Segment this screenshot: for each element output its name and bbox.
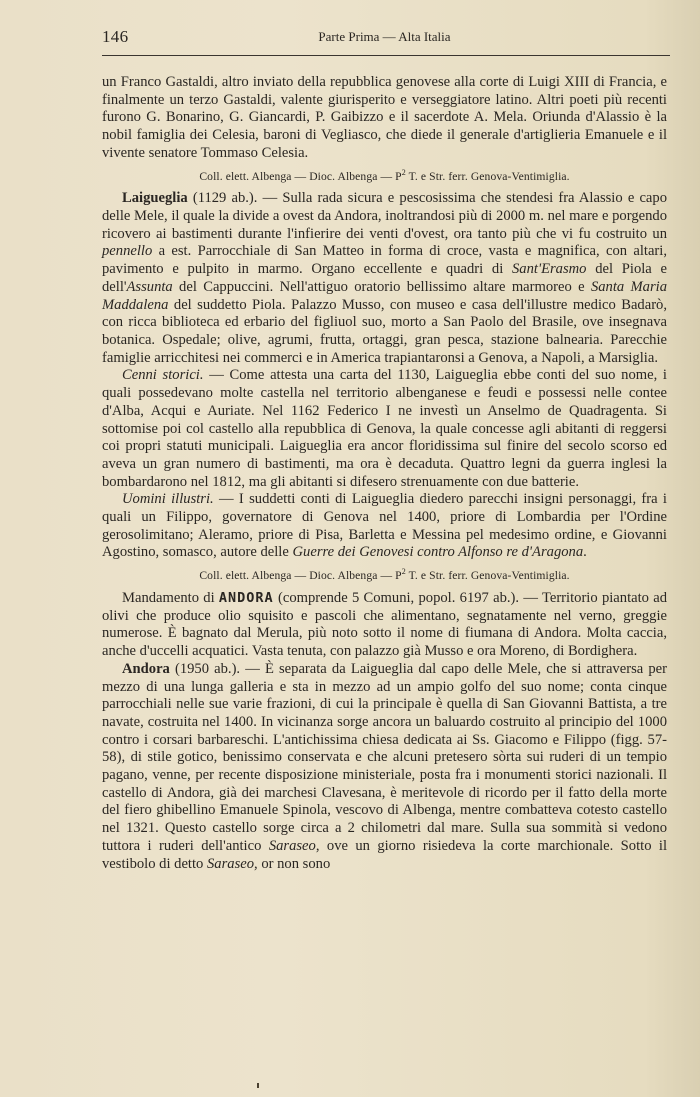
administrative-note: Coll. elett. Albenga — Dioc. Albenga — P… <box>102 565 667 583</box>
running-head: 146 Parte Prima — Alta Italia <box>102 24 667 46</box>
note-text: Coll. elett. Albenga — Dioc. Albenga — P <box>199 569 401 582</box>
print-speck <box>257 1083 259 1088</box>
paragraph-cenni-storici: Cenni storici. — Come attesta una carta … <box>102 367 667 491</box>
paragraph-mandamento-andora: Mandamento di ANDORA (comprende 5 Comuni… <box>102 590 667 661</box>
section-label-cenni-storici: Cenni storici. <box>122 367 204 383</box>
administrative-note: Coll. elett. Albenga — Dioc. Albenga — P… <box>102 166 667 184</box>
book-page: 146 Parte Prima — Alta Italia un Franco … <box>102 24 667 46</box>
paragraph-andora: Andora (1950 ab.). — È separata da Laigu… <box>102 661 667 873</box>
header-rule <box>102 55 670 56</box>
entry-heading-andora-district: ANDORA <box>219 590 274 606</box>
italic-term: Saraseo <box>269 838 316 854</box>
note-text: Coll. elett. Albenga — Dioc. Albenga — P <box>199 169 401 182</box>
text: (1129 ab.). — Sulla rada sicura e pescos… <box>102 190 667 241</box>
italic-term: Saraseo <box>207 856 254 872</box>
entry-heading-laigueglia: Laigueglia <box>122 190 188 206</box>
note-text: T. e Str. ferr. Genova-Ventimiglia. <box>406 169 570 182</box>
italic-term: pennello <box>102 243 152 259</box>
page-body: un Franco Gastaldi, altro inviato della … <box>102 74 667 873</box>
note-text: T. e Str. ferr. Genova-Ventimiglia. <box>406 569 570 582</box>
text: Mandamento di <box>122 590 219 606</box>
text: , or non sono <box>254 856 330 872</box>
italic-term: Sant'Erasmo <box>512 261 586 277</box>
italic-title: Guerre dei Genovesi contro Alfonso re d'… <box>293 544 584 560</box>
text: — Come attesta una carta del 1130, Laigu… <box>102 367 667 489</box>
paragraph-alassio-continued: un Franco Gastaldi, altro inviato della … <box>102 74 667 163</box>
italic-term: Assunta <box>127 279 173 295</box>
text: del Cappuccini. Nell'attiguo oratorio be… <box>173 279 591 295</box>
section-label-uomini-illustri: Uomini illustri. <box>122 491 214 507</box>
entry-heading-andora: Andora <box>122 661 170 677</box>
paragraph-uomini-illustri: Uomini illustri. — I suddetti conti di L… <box>102 491 667 562</box>
text: (1950 ab.). — È separata da Laigueglia d… <box>102 661 667 854</box>
paragraph-laigueglia: Laigueglia (1129 ab.). — Sulla rada sicu… <box>102 190 667 367</box>
text: . <box>583 544 587 560</box>
text: del suddetto Piola. Palazzo Musso, con m… <box>102 297 667 366</box>
running-title: Parte Prima — Alta Italia <box>102 29 667 45</box>
